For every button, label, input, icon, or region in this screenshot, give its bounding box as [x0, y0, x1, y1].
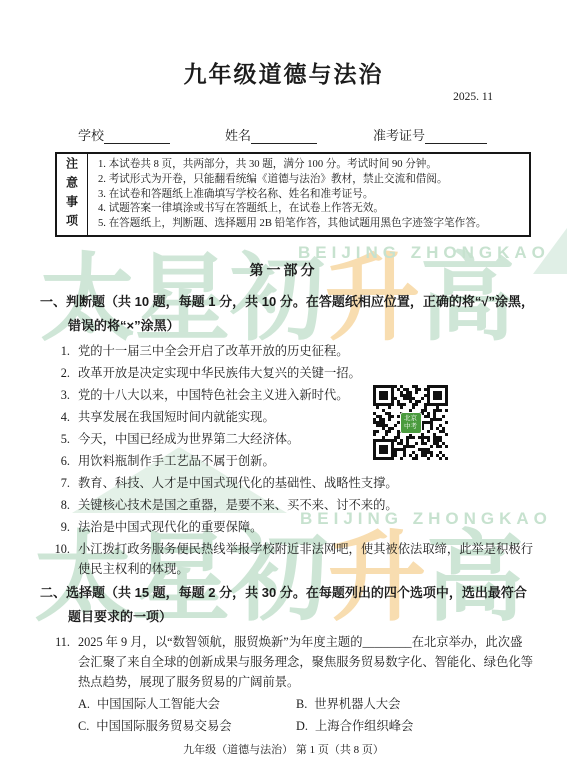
option-letter: C.: [78, 719, 89, 733]
question-text: 法治是中国式现代化的重要保障。: [78, 520, 262, 534]
candidate-info-row: 学校 姓名 准考证号: [0, 125, 567, 143]
option-letter: B.: [296, 697, 307, 711]
option-text: 上海合作组织峰会: [315, 719, 413, 733]
judge-question-10: 10.小江拨打政务服务便民热线举报学校附近非法网吧，使其被依法取缔，此举是积极行…: [40, 539, 534, 579]
school-blank-line: [104, 130, 170, 144]
question-number: 4.: [42, 407, 70, 427]
exam-no-blank-line: [425, 130, 487, 144]
choice-question-11: 11.2025 年 9 月，以“数智领航，服贸焕新”为年度主题的________…: [40, 632, 534, 692]
question-number: 9.: [42, 517, 70, 537]
option-letter: A.: [78, 697, 90, 711]
judge-question-9: 9.法治是中国式现代化的重要保障。: [40, 517, 534, 537]
option-text: 中国国际服务贸易交易会: [96, 719, 231, 733]
notice-list: 1. 本试卷共 8 页，共两部分，共 30 题，满分 100 分。考试时间 90…: [88, 154, 529, 235]
judge-question-5: 5.今天，中国已经成为世界第二大经济体。: [40, 429, 534, 449]
section-1-heading: 一、判断题（共 10 题，每题 1 分，共 10 分。在答题纸相应位置，正确的将…: [40, 290, 534, 338]
option-a: A.中国国际人工智能大会: [78, 694, 296, 715]
question-area: 一、判断题（共 10 题，每题 1 分，共 10 分。在答题纸相应位置，正确的将…: [40, 290, 534, 737]
notice-item-4: 4. 试题答案一律填涂或书写在答题纸上，在试卷上作答无效。: [98, 202, 523, 217]
qr-badge-label: 北京中考: [403, 415, 418, 430]
question-number: 3.: [42, 385, 70, 405]
question-text: 教育、科技、人才是中国式现代化的基础性、战略性支撑。: [78, 476, 398, 490]
question-text: 党的十八大以来，中国特色社会主义进入新时代。: [78, 388, 349, 402]
question-number: 2.: [42, 363, 70, 383]
name-field: 姓名: [225, 125, 317, 144]
school-field: 学校: [78, 125, 170, 144]
judge-question-7: 7.教育、科技、人才是中国式现代化的基础性、战略性支撑。: [40, 473, 534, 493]
notice-item-2: 2. 考试形式为开卷，只能翻看统编《道德与法治》教材，禁止交流和借阅。: [98, 173, 523, 188]
question-text: 党的十一届三中全会开启了改革开放的历史征程。: [78, 344, 349, 358]
question-text: 2025 年 9 月，以“数智领航，服贸焕新”为年度主题的________在北京…: [78, 635, 533, 689]
judge-question-8: 8.关键核心技术是国之重器，是要不来、买不来、讨不来的。: [40, 495, 534, 515]
exam-no-label: 准考证号: [373, 128, 425, 143]
paper-title: 九年级道德与法治: [0, 56, 567, 89]
question-number: 7.: [42, 473, 70, 493]
notice-item-1: 1. 本试卷共 8 页，共两部分，共 30 题，满分 100 分。考试时间 90…: [98, 158, 523, 173]
question-number: 6.: [42, 451, 70, 471]
option-text: 世界机器人大会: [314, 697, 400, 711]
notice-item-3: 3. 在试卷和答题纸上准确填写学校名称、姓名和准考证号。: [98, 188, 523, 203]
exam-date: 2025. 11: [453, 91, 493, 103]
question-number: 11.: [42, 632, 70, 652]
question-text: 小江拨打政务服务便民热线举报学校附近非法网吧，使其被依法取缔，此举是积极行使民主…: [78, 542, 533, 576]
question-text: 共享发展在我国短时间内就能实现。: [78, 410, 275, 424]
question-number: 10.: [42, 539, 70, 559]
judge-question-2: 2.改革开放是决定实现中华民族伟大复兴的关键一招。: [40, 363, 534, 383]
judge-question-6: 6.用饮料瓶制作手工艺品不属于创新。: [40, 451, 534, 471]
question-number: 1.: [42, 341, 70, 361]
judge-question-1: 1.党的十一届三中全会开启了改革开放的历史征程。: [40, 341, 534, 361]
judge-question-4: 4.共享发展在我国短时间内就能实现。: [40, 407, 534, 427]
question-text: 改革开放是决定实现中华民族伟大复兴的关键一招。: [78, 366, 361, 380]
question-number: 8.: [42, 495, 70, 515]
exam-no-field: 准考证号: [373, 125, 487, 144]
notice-box-label: 注意事项: [57, 154, 88, 235]
name-blank-line: [251, 130, 317, 144]
question-text: 今天，中国已经成为世界第二大经济体。: [78, 432, 299, 446]
choice-question-11-options: A.中国国际人工智能大会 B.世界机器人大会 C.中国国际服务贸易交易会 D.上…: [40, 694, 534, 737]
notice-item-5: 5. 在答题纸上，判断题、选择题用 2B 铅笔作答，其他试题用黑色字迹签字笔作答…: [98, 217, 523, 232]
judge-question-3: 3.党的十八大以来，中国特色社会主义进入新时代。: [40, 385, 534, 405]
option-c: C.中国国际服务贸易交易会: [78, 716, 296, 737]
part-one-heading: 第一部分: [0, 260, 567, 280]
question-number: 5.: [42, 429, 70, 449]
school-label: 学校: [78, 128, 104, 143]
qr-code: 北京中考: [372, 384, 449, 461]
exam-paper-page: 太星初升高 太星初升高 BEIJING ZHONGKAO BEIJING ZHO…: [0, 0, 567, 781]
section-2-heading: 二、选择题（共 15 题，每题 2 分，共 30 分。在每题列出的四个选项中，选…: [40, 581, 534, 629]
option-text: 中国国际人工智能大会: [97, 697, 220, 711]
name-label: 姓名: [225, 128, 251, 143]
question-text: 关键核心技术是国之重器，是要不来、买不来、讨不来的。: [78, 498, 398, 512]
question-text: 用饮料瓶制作手工艺品不属于创新。: [78, 454, 275, 468]
option-b: B.世界机器人大会: [296, 694, 534, 715]
page-footer: 九年级（道德与法治） 第 1 页（共 8 页）: [0, 741, 567, 757]
notice-box: 注意事项 1. 本试卷共 8 页，共两部分，共 30 题，满分 100 分。考试…: [55, 152, 531, 237]
option-d: D.上海合作组织峰会: [296, 716, 534, 737]
qr-center-badge: 北京中考: [400, 412, 422, 434]
option-letter: D.: [296, 719, 308, 733]
